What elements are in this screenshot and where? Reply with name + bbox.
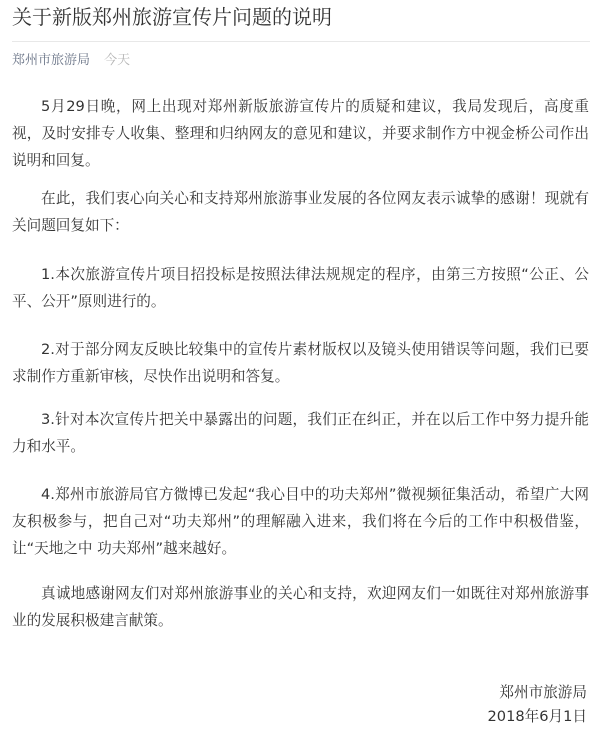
signature-organization: 郑州市旅游局 xyxy=(488,681,588,705)
paragraph-item-3: 3.针对本次宣传片把关中暴露出的问题，我们正在纠正，并在以后工作中努力提升能力和… xyxy=(12,406,589,460)
publish-date: 今天 xyxy=(104,53,130,68)
article-meta: 郑州市旅游局 今天 xyxy=(12,52,130,70)
paragraph-item-4: 4.郑州市旅游局官方微博已发起“我心目中的功夫郑州”微视频征集活动，希望广大网友… xyxy=(12,481,589,562)
signature-date: 2018年6月1日 xyxy=(488,705,588,729)
article-title: 关于新版郑州旅游宣传片问题的说明 xyxy=(12,4,332,30)
title-divider xyxy=(12,41,590,42)
paragraph-item-2: 2.对于部分网友反映比较集中的宣传片素材版权以及镜头使用错误等问题，我们已要求制… xyxy=(12,336,589,390)
paragraph-thanks: 在此，我们衷心向关心和支持郑州旅游事业发展的各位网友表示诚挚的感谢！现就有关问题… xyxy=(12,185,589,239)
signature: 郑州市旅游局 2018年6月1日 xyxy=(488,681,588,729)
paragraph-item-1: 1.本次旅游宣传片项目招投标是按照法律法规规定的程序，由第三方按照“公正、公平、… xyxy=(12,261,589,315)
source-link[interactable]: 郑州市旅游局 xyxy=(12,53,90,68)
paragraph-closing: 真诚地感谢网友们对郑州旅游事业的关心和支持，欢迎网友们一如既往对郑州旅游事业的发… xyxy=(12,580,589,634)
paragraph-intro: 5月29日晚，网上出现对郑州新版旅游宣传片的质疑和建议，我局发现后，高度重视，及… xyxy=(12,93,589,174)
